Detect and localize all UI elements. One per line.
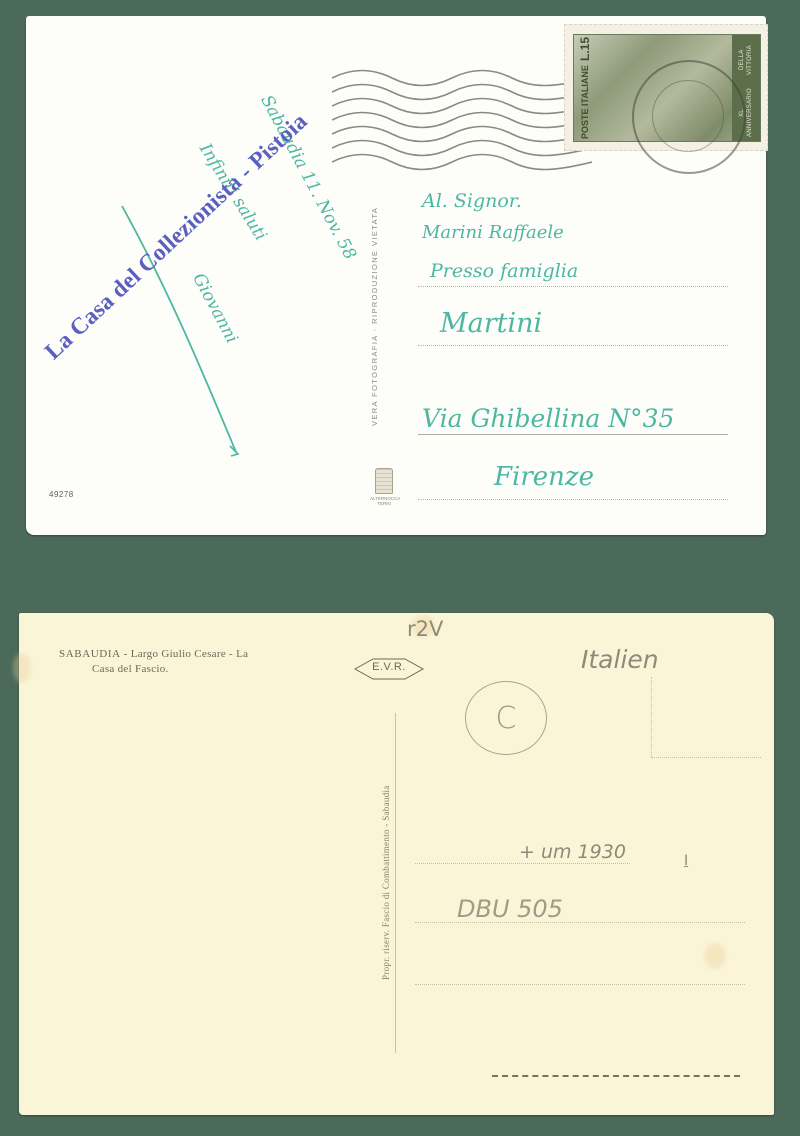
publisher-initials: E.V.R. bbox=[353, 661, 425, 673]
photo-caption: SABAUDIA - Largo Giulio Cesare - La Casa… bbox=[59, 647, 248, 677]
postage-stamp: POSTE ITALIANE L.15 XL ANNIVERSARIO DELL… bbox=[564, 24, 768, 151]
pencil-note-top: r2V bbox=[407, 617, 443, 641]
address-bold-line bbox=[492, 1075, 740, 1077]
paper-stain bbox=[13, 653, 31, 683]
circled-letter: C bbox=[496, 701, 517, 736]
caption-subject: Casa del Fascio. bbox=[59, 662, 248, 677]
stamp-value: L.15 bbox=[578, 37, 592, 61]
postmark-inner-circle-icon bbox=[652, 80, 724, 152]
address-street: Via Ghibellina N°35 bbox=[422, 404, 674, 433]
address-name: Marini Raffaele bbox=[422, 222, 564, 243]
caption-city: SABAUDIA bbox=[59, 648, 121, 660]
address-dotted-line bbox=[418, 499, 728, 500]
postmark-wavy-lines-icon bbox=[332, 64, 592, 174]
pencil-note-date: + um 1930 bbox=[519, 841, 626, 863]
address-city: Firenze bbox=[494, 462, 594, 492]
address-dotted-line bbox=[415, 863, 630, 864]
stamp-artwork: POSTE ITALIANE L.15 XL ANNIVERSARIO DELL… bbox=[573, 34, 761, 142]
pencil-note-date-suffix: I bbox=[684, 853, 688, 869]
address-salutation: Al. Signor. bbox=[422, 190, 522, 212]
address-family-name: Martini bbox=[440, 308, 542, 339]
publisher-logo: E.V.R. bbox=[353, 658, 425, 680]
vertical-legend: Propr. riserv. Fascio di Combattimento -… bbox=[381, 713, 396, 1053]
postcard-bottom: SABAUDIA - Largo Giulio Cesare - La Casa… bbox=[19, 613, 774, 1115]
card-number: 49278 bbox=[49, 490, 74, 499]
postcard-top: POSTE ITALIANE L.15 XL ANNIVERSARIO DELL… bbox=[26, 16, 766, 535]
stamp-box-border bbox=[651, 757, 761, 758]
vertical-legend: VERA FOTOGRAFIA · RIPRODUZIONE VIETATA bbox=[370, 176, 384, 456]
pencil-note-country: Italien bbox=[581, 645, 659, 674]
caption-location: - Largo Giulio Cesare - La bbox=[121, 648, 249, 660]
address-care-of: Presso famiglia bbox=[430, 260, 578, 282]
publisher-city: TERNI bbox=[370, 501, 398, 506]
address-line bbox=[418, 434, 728, 435]
paper-stain bbox=[704, 943, 726, 969]
stamp-country: POSTE ITALIANE bbox=[580, 65, 590, 139]
publisher-logo: ALTERNOCCA TERNI bbox=[370, 468, 398, 510]
stamp-box-border bbox=[651, 677, 652, 757]
address-dotted-line bbox=[418, 286, 728, 287]
pencil-circled-letter: C bbox=[465, 681, 547, 755]
stamp-band-line2: DELLA VITTORIA bbox=[738, 35, 754, 85]
address-dotted-line bbox=[418, 345, 728, 346]
pencil-note-code: DBU 505 bbox=[457, 895, 563, 923]
publisher-emblem-icon bbox=[375, 468, 393, 494]
address-dotted-line bbox=[415, 984, 745, 985]
stamp-left-band: POSTE ITALIANE L.15 bbox=[574, 35, 596, 141]
address-dotted-line bbox=[415, 922, 745, 923]
